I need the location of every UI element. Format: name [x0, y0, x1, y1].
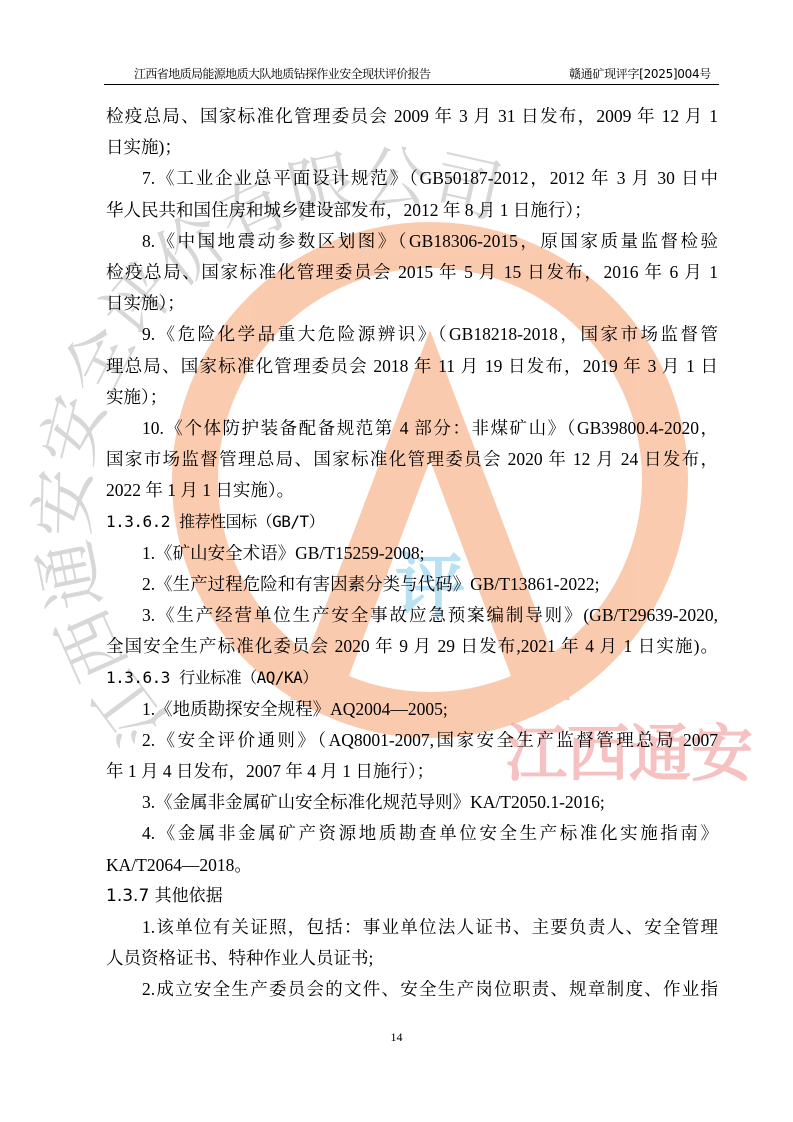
list-item-standard: 4.《金属非金属矿产资源地质勘查单位安全生产标准化实施指南》	[106, 818, 718, 849]
text-line: KA/T2064—2018。	[106, 850, 718, 881]
text-line: 日实施)；	[106, 132, 718, 163]
document-page: 评 江西通安安全评价有限公司 江西通安 江西省地质局能源地质大队地质钻探作业安全…	[0, 0, 793, 1122]
list-item-standard: 8.《中国地震动参数区划图》（GB18306-2015，原国家质量监督检验	[106, 226, 718, 257]
list-item-basis: 2.成立安全生产委员会的文件、安全生产岗位职责、规章制度、作业指	[106, 974, 718, 1005]
text-line: 检疫总局、国家标准化管理委员会 2015 年 5 月 15 日发布，2016 年…	[106, 257, 718, 288]
list-item-standard: 10.《个体防护装备配备规范第 4 部分：非煤矿山》（GB39800.4-202…	[106, 413, 718, 444]
list-item-standard: 7.《工业企业总平面设计规范》（GB50187-2012，2012 年 3 月 …	[106, 163, 718, 194]
report-title: 江西省地质局能源地质大队地质钻探作业安全现状评价报告	[134, 66, 430, 82]
text-line: 检疫总局、国家标准化管理委员会 2009 年 3 月 31 日发布，2009 年…	[106, 101, 718, 132]
text-line: 华人民共和国住房和城乡建设部发布，2012 年 8 月 1 日施行）；	[106, 195, 718, 226]
list-item-standard: 1.《地质勘探安全规程》AQ2004—2005;	[106, 694, 718, 725]
text-line: 年 1 月 4 日发布，2007 年 4 月 1 日施行）；	[106, 756, 718, 787]
document-body: 检疫总局、国家标准化管理委员会 2009 年 3 月 31 日发布，2009 年…	[106, 101, 718, 1005]
list-item-standard: 2.《生产过程危险和有害因素分类与代码》GB/T13861-2022;	[106, 569, 718, 600]
list-item-standard: 1.《矿山安全术语》GB/T15259-2008;	[106, 538, 718, 569]
text-line: 理总局、国家标准化管理委员会 2018 年 11 月 19 日发布，2019 年…	[106, 351, 718, 382]
page-header: 江西省地质局能源地质大队地质钻探作业安全现状评价报告 赣通矿现评字[2025]0…	[104, 66, 719, 85]
document-number: 赣通矿现评字[2025]004号	[569, 66, 711, 82]
section-heading-1-3-6-2: 1.3.6.2 推荐性国标（GB/T）	[106, 506, 718, 537]
page-number: 14	[0, 1030, 793, 1045]
text-line: 国家市场监督管理总局、国家标准化管理委员会 2020 年 12 月 24 日发布…	[106, 444, 718, 475]
list-item-standard: 9.《危险化学品重大危险源辨识》（GB18218-2018，国家市场监督管	[106, 319, 718, 350]
text-line: 2022 年 1 月 1 日实施）。	[106, 475, 718, 506]
list-item-basis: 1.该单位有关证照，包括：事业单位法人证书、主要负责人、安全管理	[106, 912, 718, 943]
text-line: 全国安全生产标准化委员会 2020 年 9 月 29 日发布,2021 年 4 …	[106, 631, 718, 662]
list-item-standard: 3.《生产经营单位生产安全事故应急预案编制导则》(GB/T29639-2020,	[106, 600, 718, 631]
page-content: 江西省地质局能源地质大队地质钻探作业安全现状评价报告 赣通矿现评字[2025]0…	[0, 0, 793, 1122]
text-line: 人员资格证书、特种作业人员证书;	[106, 943, 718, 974]
list-item-standard: 3.《金属非金属矿山安全标准化规范导则》KA/T2050.1-2016;	[106, 787, 718, 818]
list-item-standard: 2.《安全评价通则》（AQ8001-2007,国家安全生产监督管理总局 2007	[106, 725, 718, 756]
text-line: 实施）；	[106, 382, 718, 413]
section-heading-1-3-7: 1.3.7 其他依据	[106, 881, 718, 912]
section-heading-1-3-6-3: 1.3.6.3 行业标准（AQ/KA）	[106, 662, 718, 693]
text-line: 日实施）；	[106, 288, 718, 319]
